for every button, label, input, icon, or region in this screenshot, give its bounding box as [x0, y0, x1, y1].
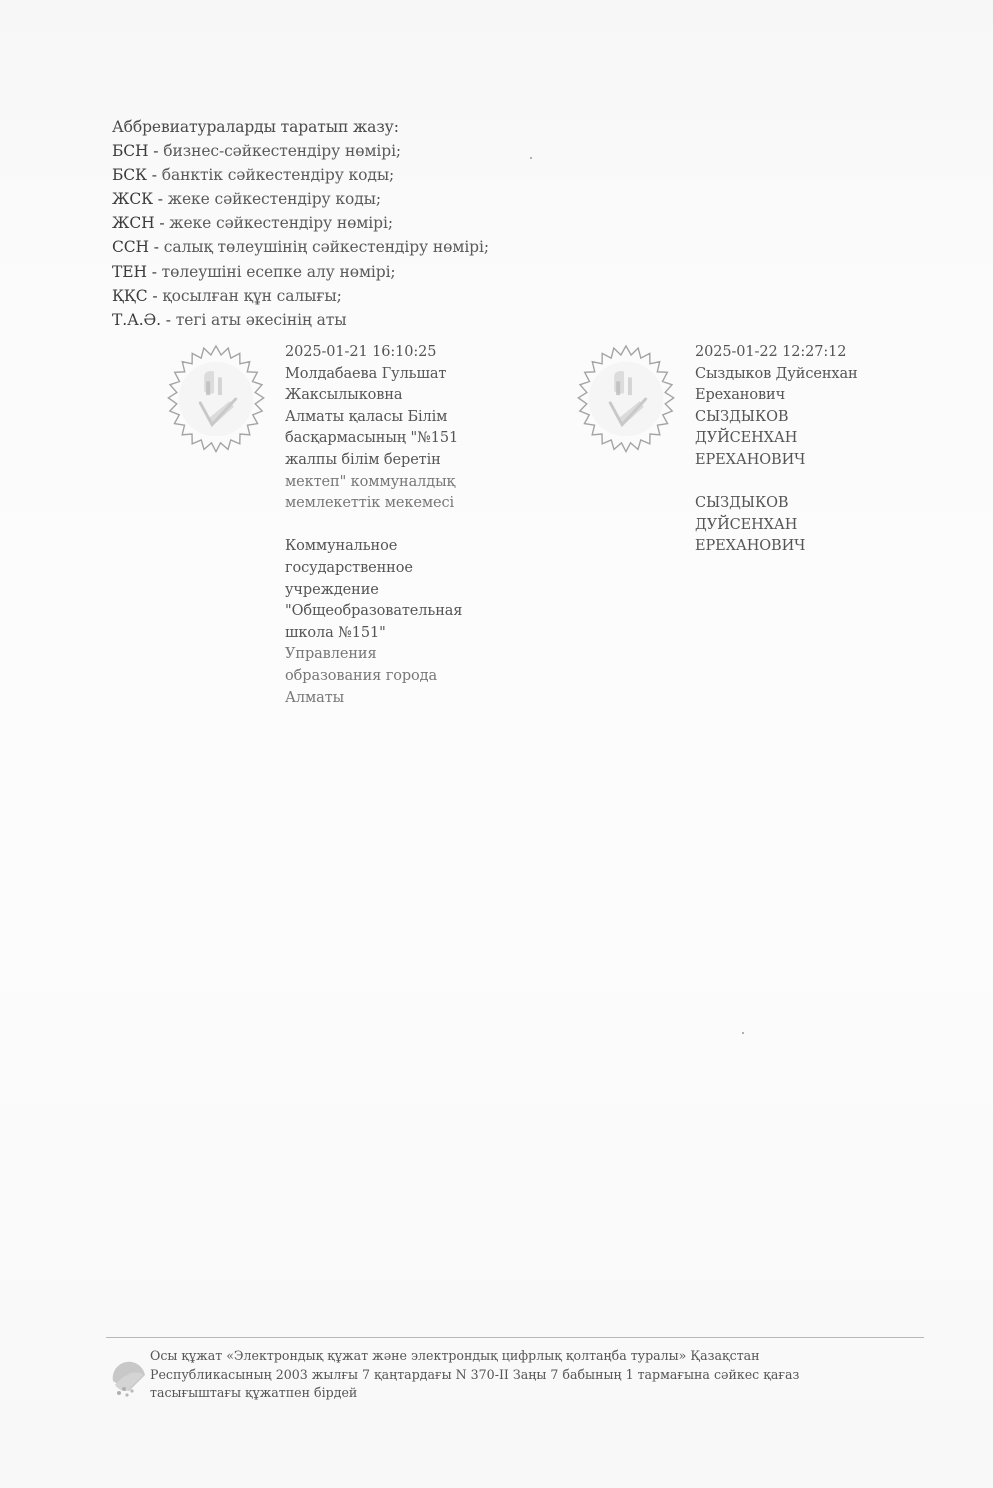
organization-ru: СЫЗДЫКОВ: [695, 493, 858, 515]
organization-ru: государственное: [285, 558, 462, 580]
footer-line: Осы құжат «Электрондық құжат және электр…: [150, 1347, 799, 1366]
organization-kz: жалпы білім беретін: [285, 450, 462, 472]
footer-line: Республикасының 2003 жылғы 7 қаңтардағы …: [150, 1366, 799, 1385]
abbreviation-description: төлеушіні есепке алу нөмірі;: [162, 263, 396, 281]
abbreviation-description: қосылған құн салығы;: [162, 287, 341, 305]
digital-signature-stamp-icon: [567, 342, 685, 460]
abbreviation-item: ҚҚС - қосылған құн салығы;: [112, 284, 489, 308]
abbreviation-separator: -: [148, 287, 163, 305]
organization-ru: школа №151": [285, 623, 462, 645]
abbreviation-item: БСК - банктік сәйкестендіру коды;: [112, 163, 489, 187]
abbreviation-code: БСН: [112, 142, 148, 160]
abbreviation-separator: -: [147, 263, 162, 281]
signature-timestamp: 2025-01-21 16:10:25: [285, 342, 462, 364]
organization-ru: "Общеобразовательная: [285, 601, 462, 623]
signature-block-2: 2025-01-22 12:27:12 Сыздыков Дуйсенхан Е…: [695, 342, 858, 558]
abbreviation-separator: -: [155, 214, 170, 232]
abbreviation-separator: -: [161, 311, 176, 329]
abbreviation-code: ҚҚС: [112, 287, 148, 305]
signer-name: Жаксылыковна: [285, 385, 462, 407]
abbreviation-item: ЖСН - жеке сәйкестендіру нөмірі;: [112, 211, 489, 235]
abbreviation-item: Т.А.Ә. - тегі аты әкесінің аты: [112, 308, 489, 332]
abbreviation-item: ТЕН - төлеушіні есепке алу нөмірі;: [112, 260, 489, 284]
organization-kz: ЕРЕХАНОВИЧ: [695, 450, 858, 472]
abbreviation-description: жеке сәйкестендіру коды;: [168, 190, 381, 208]
organization-ru: Коммунальное: [285, 536, 462, 558]
abbreviation-separator: -: [147, 166, 162, 184]
scan-speck: [742, 1032, 744, 1034]
signer-name: Сыздыков Дуйсенхан: [695, 364, 858, 386]
abbreviation-item: БСН - бизнес-сәйкестендіру нөмірі;: [112, 139, 489, 163]
abbreviations-title: Аббревиатураларды таратып жазу:: [112, 115, 489, 139]
abbreviation-separator: -: [153, 190, 168, 208]
abbreviation-item: ССН - салық төлеушінің сәйкестендіру нөм…: [112, 235, 489, 259]
abbreviation-code: ЖСН: [112, 214, 155, 232]
abbreviation-separator: -: [148, 142, 163, 160]
abbreviation-description: жеке сәйкестендіру нөмірі;: [169, 214, 393, 232]
organization-ru: ДУЙСЕНХАН: [695, 515, 858, 537]
abbreviation-item: ЖСК - жеке сәйкестендіру коды;: [112, 187, 489, 211]
abbreviation-code: ЖСК: [112, 190, 153, 208]
footer-divider: [106, 1337, 924, 1338]
organization-ru: Алматы: [285, 688, 462, 710]
abbreviations-block: Аббревиатураларды таратып жазу: БСН - би…: [112, 115, 489, 332]
organization-kz: ДУЙСЕНХАН: [695, 428, 858, 450]
digital-signature-stamp-icon: [157, 342, 275, 460]
abbreviation-description: тегі аты әкесінің аты: [176, 311, 347, 329]
signature-timestamp: 2025-01-22 12:27:12: [695, 342, 858, 364]
abbreviation-description: салық төлеушінің сәйкестендіру нөмірі;: [164, 238, 489, 256]
spacer: [695, 472, 858, 494]
organization-kz: СЫЗДЫКОВ: [695, 407, 858, 429]
organization-ru: Управления: [285, 644, 462, 666]
organization-kz: Алматы қаласы Білім: [285, 407, 462, 429]
abbreviation-code: Т.А.Ә.: [112, 311, 161, 329]
egov-logo-icon: [107, 1359, 149, 1401]
organization-ru: образования города: [285, 666, 462, 688]
abbreviation-description: бизнес-сәйкестендіру нөмірі;: [163, 142, 401, 160]
organization-kz: басқармасының "№151: [285, 428, 462, 450]
signer-name: Молдабаева Гульшат: [285, 364, 462, 386]
signer-name: Ереханович: [695, 385, 858, 407]
organization-ru: учреждение: [285, 580, 462, 602]
abbreviation-description: банктік сәйкестендіру коды;: [162, 166, 394, 184]
abbreviation-code: БСК: [112, 166, 147, 184]
signature-block-1: 2025-01-21 16:10:25 Молдабаева Гульшат Ж…: [285, 342, 462, 709]
organization-ru: ЕРЕХАНОВИЧ: [695, 536, 858, 558]
organization-kz: мемлекеттік мекемесі: [285, 493, 462, 515]
footer-legal-notice: Осы құжат «Электрондық құжат және электр…: [150, 1347, 799, 1403]
abbreviation-code: ТЕН: [112, 263, 147, 281]
abbreviation-code: ССН: [112, 238, 149, 256]
footer-line: тасығыштағы құжатпен бірдей: [150, 1384, 799, 1403]
scan-speck: [530, 157, 532, 159]
abbreviation-separator: -: [149, 238, 164, 256]
spacer: [285, 515, 462, 537]
organization-kz: мектеп" коммуналдық: [285, 472, 462, 494]
